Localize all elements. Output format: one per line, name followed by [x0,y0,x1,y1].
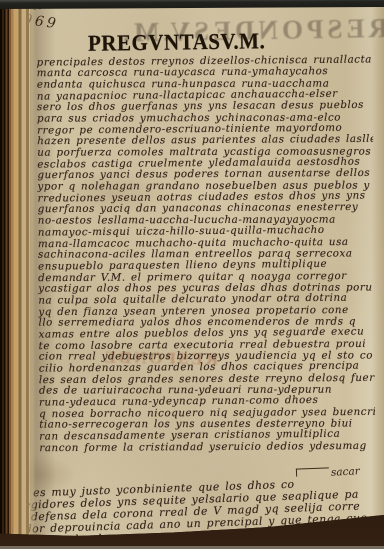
manuscript-photo: RESPONDESV.M. RESPONDE 957 969 PREGVNTAS… [0,0,384,549]
margin-note-sacar: sacar [331,465,360,478]
main-text-block: prencipales destos rreynos dizeellos-chi… [37,55,376,454]
page-title: PREGVNTASV.M. [88,28,266,57]
text-line: rancon forme la cristiandad yseruicio de… [39,441,375,455]
bottom-text-block: M. es muy justo yconbiniente que los dho… [12,476,382,548]
margin-note-bracket [296,467,329,476]
book-binding [0,0,36,549]
